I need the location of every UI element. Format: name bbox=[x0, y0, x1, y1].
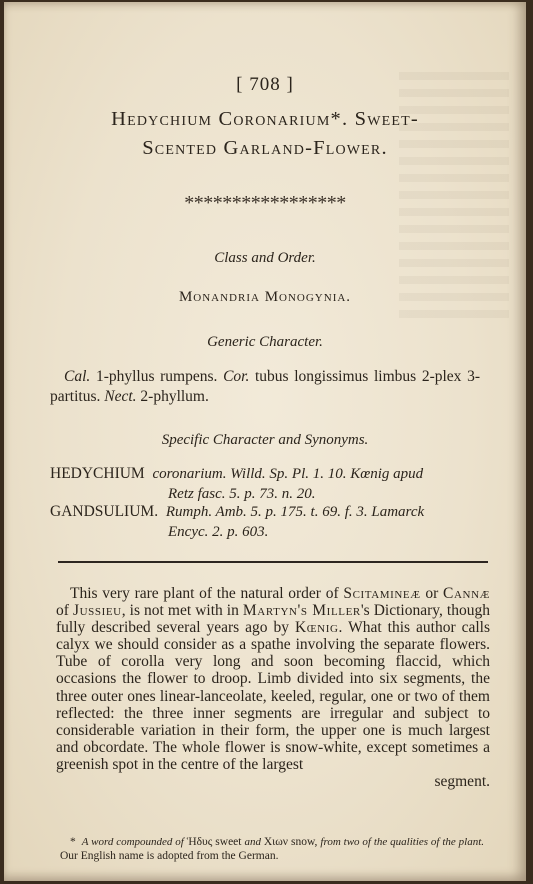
section-divider bbox=[58, 561, 488, 563]
text-run: or bbox=[421, 585, 443, 602]
text-run: from two of the qualities of the plant. bbox=[320, 836, 484, 848]
synonym-ref: Rumph. Amb. 5. p. 175. t. 69. f. 3. Lama… bbox=[166, 504, 424, 520]
synonym-name: HEDYCHIUM bbox=[50, 465, 145, 482]
small-caps-run: Kœnig bbox=[295, 619, 339, 636]
generic-character-text: Cal. 1-phyllus rumpens. Cor. tubus longi… bbox=[50, 367, 480, 407]
title-line-2: Scented Garland-Flower. bbox=[34, 134, 496, 163]
class-order-value: Monandria Monogynia. bbox=[4, 289, 526, 306]
small-caps-run: Cannæ bbox=[443, 585, 490, 602]
footnote: * A word compounded of Ἡδυς sweet and Χι… bbox=[60, 835, 484, 863]
greek-word: Ἡδυς bbox=[187, 836, 213, 848]
nect-text: 2-phyllum. bbox=[137, 388, 209, 405]
text-run: and bbox=[244, 836, 263, 848]
cor-label: Cor. bbox=[223, 368, 249, 385]
page-number: [ 708 ] bbox=[4, 74, 526, 96]
text-run: , is not met with in bbox=[122, 602, 243, 619]
synonym-ref-cont: Encyc. 2. p. 603. bbox=[168, 524, 268, 540]
nect-label: Nect. bbox=[104, 388, 136, 405]
synonym-entry: HEDYCHIUM coronarium. Willd. Sp. Pl. 1. … bbox=[50, 464, 482, 504]
cal-text: 1-phyllus rumpens. bbox=[90, 368, 223, 385]
text-run: This very rare plant of the natural orde… bbox=[70, 585, 343, 602]
specific-character-heading: Specific Character and Synonyms. bbox=[4, 432, 526, 449]
description-text: This very rare plant of the natural orde… bbox=[56, 585, 490, 790]
small-caps-run: Scitamineæ bbox=[343, 585, 420, 602]
text-run: sweet bbox=[212, 836, 244, 848]
generic-character-heading: Generic Character. bbox=[4, 334, 526, 351]
title-line-1: Hedychium Coronarium*. Sweet- bbox=[34, 105, 496, 134]
asterisk-ornament: ***************** bbox=[4, 192, 526, 215]
class-order-heading: Class and Order. bbox=[4, 250, 526, 267]
description-last-word: segment. bbox=[56, 773, 490, 790]
small-caps-run: Martyn's Miller bbox=[243, 602, 361, 619]
synonym-name: GANDSULIUM. bbox=[50, 503, 158, 520]
synonym-entry: GANDSULIUM. Rumph. Amb. 5. p. 175. t. 69… bbox=[50, 502, 482, 542]
book-page: [ 708 ] Hedychium Coronarium*. Sweet- Sc… bbox=[4, 2, 526, 881]
text-run: of bbox=[56, 602, 73, 619]
footnote-marker: * bbox=[70, 836, 76, 848]
plant-title: Hedychium Coronarium*. Sweet- Scented Ga… bbox=[34, 105, 496, 163]
text-run: Our English name is adopted from the Ger… bbox=[60, 850, 278, 862]
cal-label: Cal. bbox=[64, 368, 90, 385]
text-run: A word compounded of bbox=[82, 836, 187, 848]
greek-word: Χιων bbox=[264, 836, 288, 848]
description-paragraph: This very rare plant of the natural orde… bbox=[56, 585, 490, 773]
text-run: . What this author calls calyx we should… bbox=[56, 619, 490, 773]
synonym-ref: coronarium. Willd. Sp. Pl. 1. 10. Kœnig … bbox=[152, 466, 423, 482]
small-caps-run: Jussieu bbox=[73, 602, 122, 619]
synonym-ref-cont: Retz fasc. 5. p. 73. n. 20. bbox=[168, 486, 316, 502]
text-run: snow, bbox=[288, 836, 320, 848]
